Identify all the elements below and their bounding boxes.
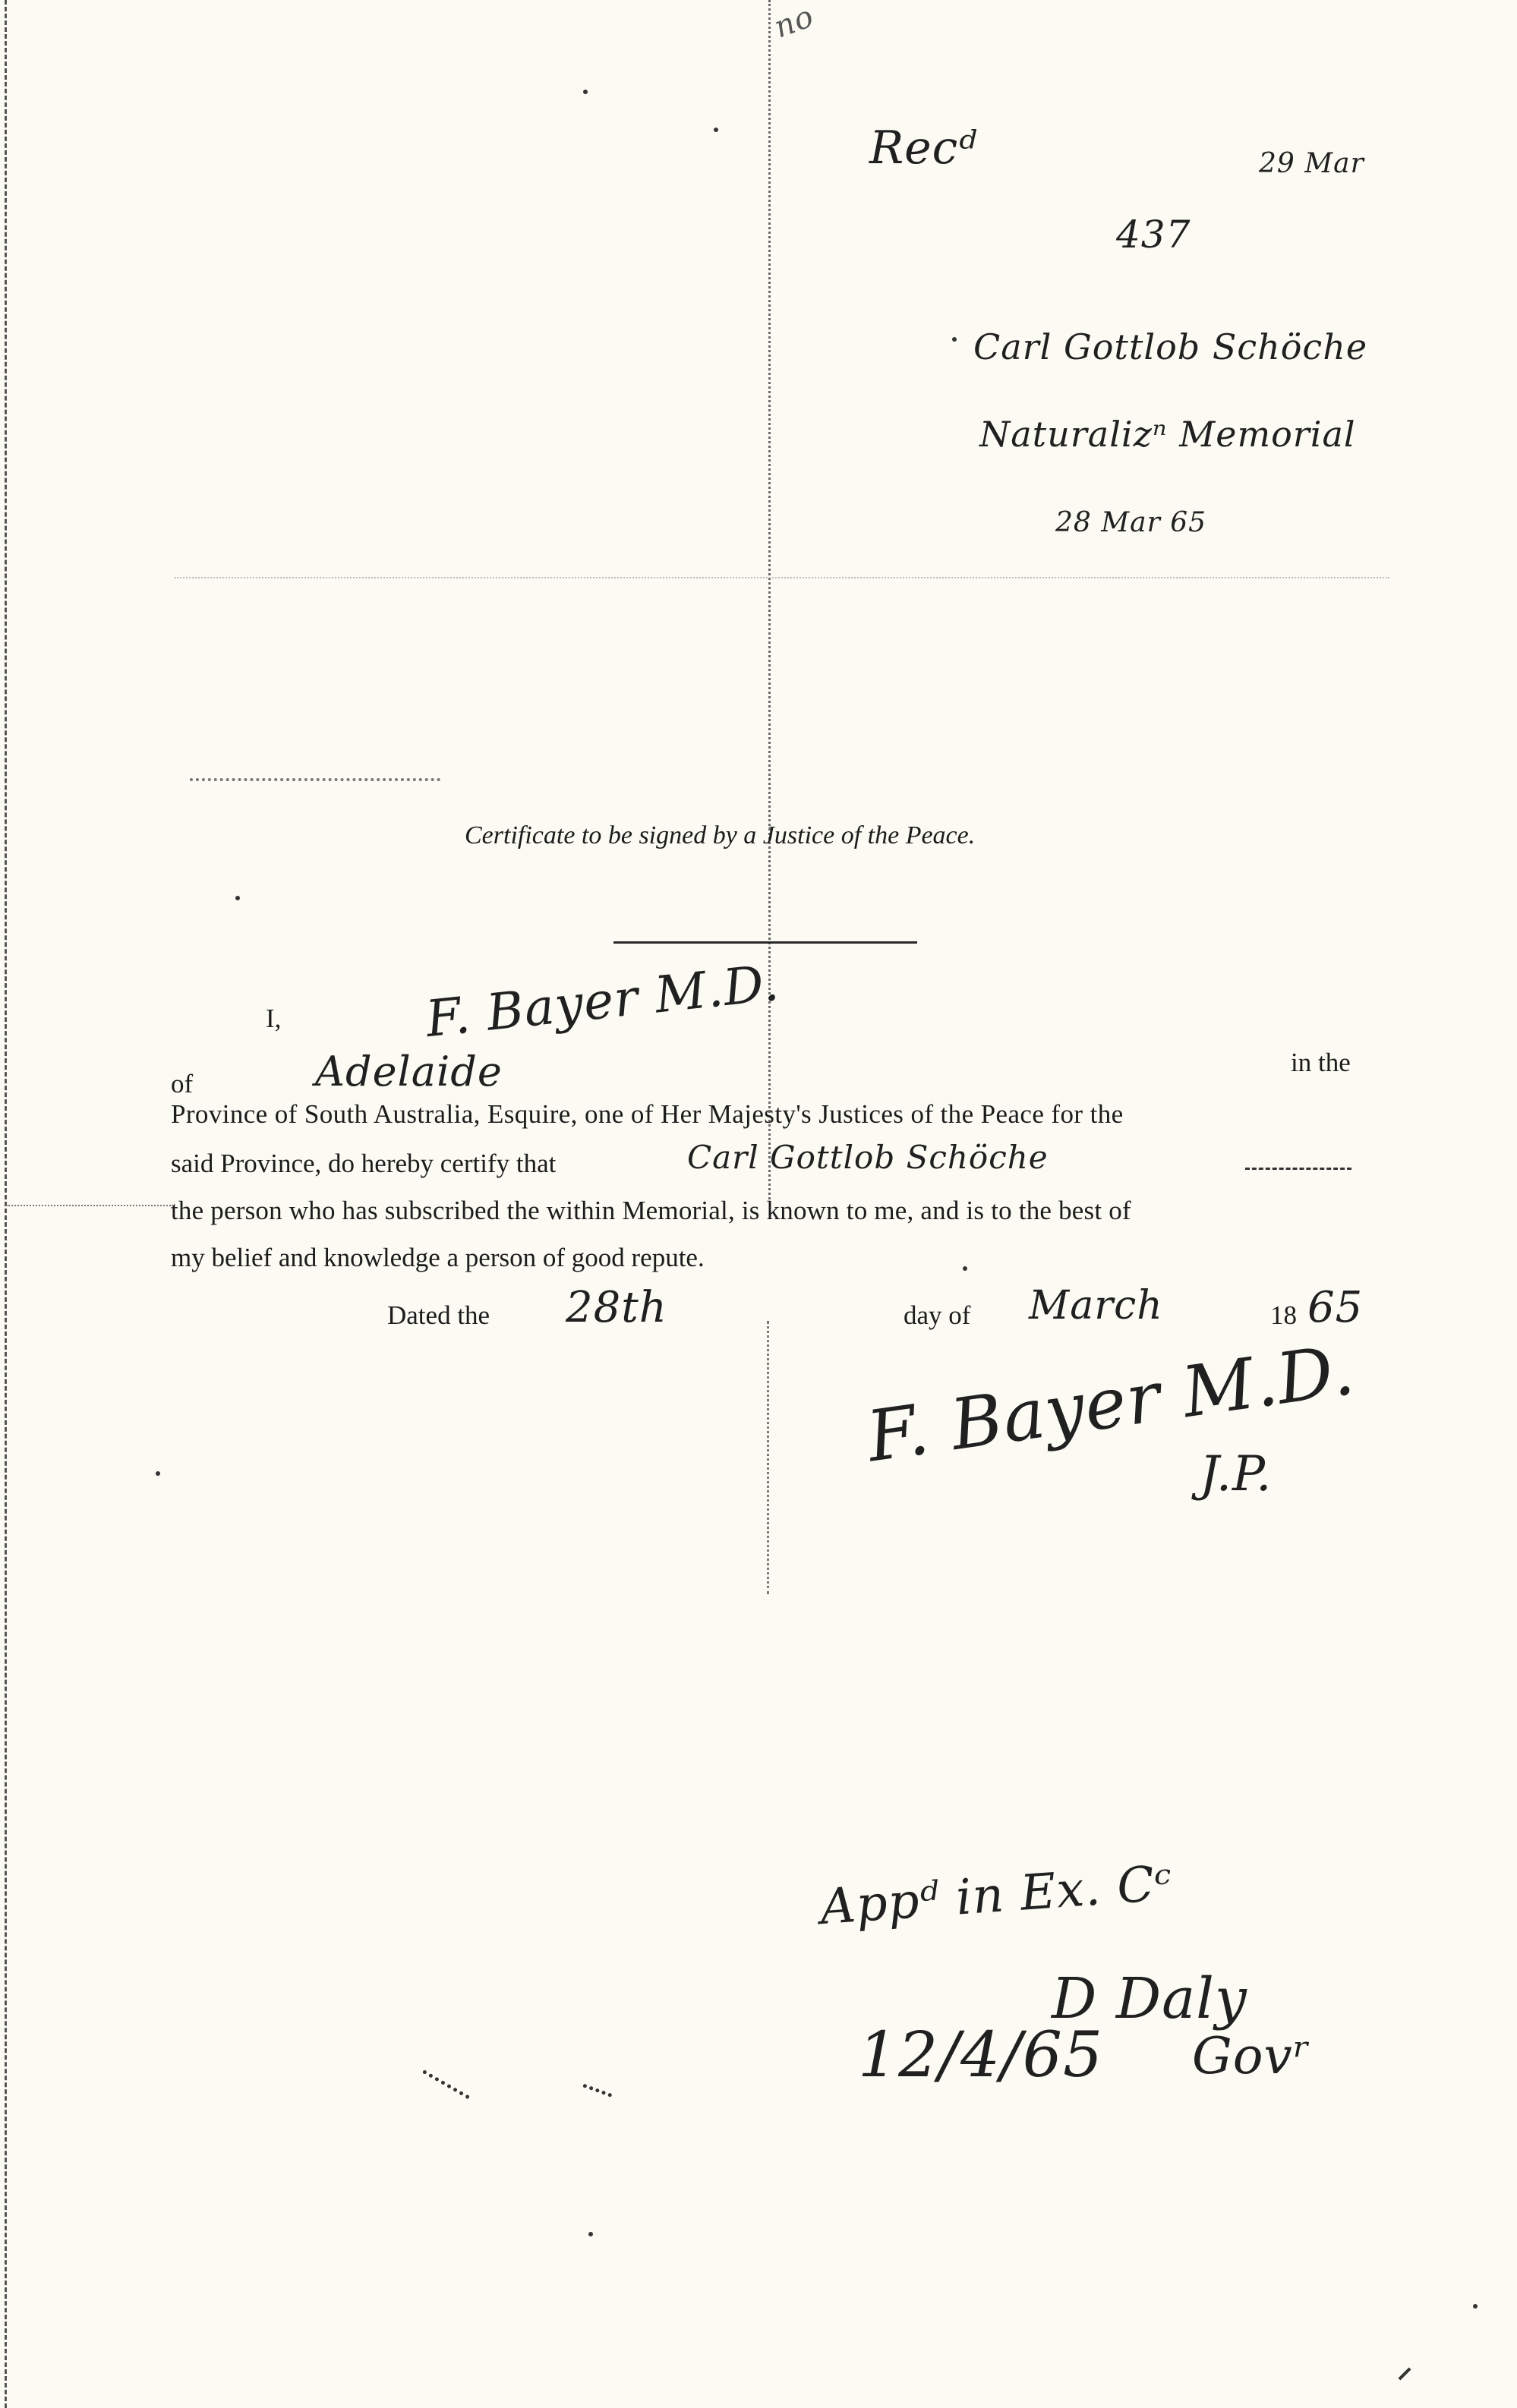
stray-marks-left	[403, 2069, 470, 2132]
fill-line	[1245, 1168, 1351, 1170]
certificate-line-5: my belief and knowledge a person of good…	[171, 1243, 705, 1273]
month-handwritten: March	[1029, 1283, 1163, 1328]
ink-speck	[1473, 2304, 1478, 2309]
label-in-the: in the	[1291, 1048, 1351, 1078]
corner-annotation: no	[770, 0, 818, 45]
ink-speck	[963, 1266, 967, 1271]
horizontal-fold-line	[6, 1205, 173, 1206]
docket-date: 28 Mar 65	[1055, 507, 1206, 538]
certificate-heading: Certificate to be signed by a Justice of…	[465, 821, 975, 850]
label-day-of: day of	[904, 1300, 970, 1331]
label-i: I,	[266, 1004, 281, 1034]
approval-date: 12/4/65	[858, 2019, 1103, 2091]
year-prefix: 18	[1270, 1300, 1297, 1331]
label-of: of	[171, 1069, 193, 1099]
ink-speck	[156, 1471, 160, 1476]
ink-speck	[583, 90, 588, 94]
certificate-line-3-prefix: said Province, do hereby certify that	[171, 1149, 556, 1179]
docket-received-label: Recᵈ	[869, 121, 977, 175]
justice-name-handwritten: F. Bayer M.D.	[423, 953, 782, 1048]
vertical-fold-line	[768, 0, 771, 1199]
ink-speck	[235, 896, 240, 900]
day-handwritten: 28th	[566, 1283, 667, 1332]
approval-title: Govʳ	[1192, 2027, 1311, 2085]
year-suffix-handwritten: 65	[1307, 1283, 1363, 1332]
stray-mark-corner	[1399, 2368, 1411, 2381]
ink-speck	[588, 2232, 593, 2236]
vertical-fold-line-lower	[767, 1321, 769, 1594]
ink-speck	[952, 337, 957, 342]
docket-name: Carl Gottlob Schöche	[973, 326, 1367, 367]
justice-signature-title: J.P.	[1200, 1446, 1272, 1502]
approval-note: Appᵈ in Ex. Cᶜ	[818, 1855, 1175, 1936]
certificate-line-4: the person who has subscribed the within…	[171, 1196, 1131, 1226]
page-left-edge	[5, 0, 7, 2408]
docket-subject: Naturalizⁿ Memorial	[979, 414, 1356, 455]
ink-speck	[714, 128, 718, 132]
justice-signature: F. Bayer M.D.	[863, 1329, 1360, 1478]
horizontal-fold-line-upper	[175, 577, 1389, 578]
heading-rule	[613, 941, 917, 944]
docket-received-date: 29 Mar	[1259, 148, 1364, 179]
subject-name-handwritten: Carl Gottlob Schöche	[687, 1139, 1049, 1176]
certificate-line-2: Province of South Australia, Esquire, on…	[171, 1099, 1124, 1130]
label-dated-the: Dated the	[387, 1300, 490, 1331]
faded-print-remnant	[190, 778, 440, 792]
stray-marks-right	[572, 2084, 613, 2126]
place-handwritten: Adelaide	[315, 1048, 503, 1095]
docket-number: 437	[1116, 213, 1191, 257]
